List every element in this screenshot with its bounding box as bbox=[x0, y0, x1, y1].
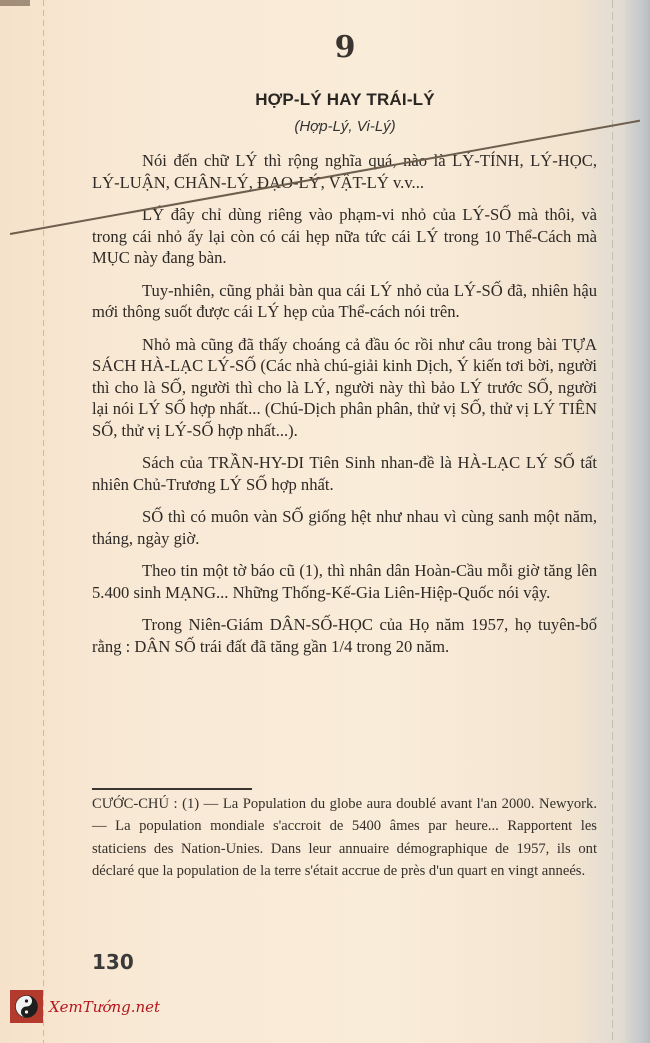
paragraph: SỐ thì có muôn vàn SỐ giống hệt như nhau… bbox=[92, 506, 597, 549]
page-edge-shadow bbox=[0, 0, 30, 6]
left-margin-line bbox=[43, 0, 44, 1043]
watermark-text: XemTướng.net bbox=[49, 998, 160, 1016]
yin-yang-icon bbox=[15, 995, 38, 1018]
watermark: XemTướng.net bbox=[10, 990, 160, 1023]
paragraph: LÝ đây chỉ dùng riêng vào phạm-vi nhỏ củ… bbox=[92, 204, 597, 269]
body-text: Nói đến chữ LÝ thì rộng nghĩa quá, nào l… bbox=[92, 150, 597, 657]
paragraph: Trong Niên-Giám DÂN-SỐ-HỌC của Họ năm 19… bbox=[92, 614, 597, 657]
footnote-divider bbox=[92, 788, 252, 790]
paragraph: Theo tin một tờ báo cũ (1), thì nhân dân… bbox=[92, 560, 597, 603]
paragraph: Nói đến chữ LÝ thì rộng nghĩa quá, nào l… bbox=[92, 150, 597, 193]
paragraph: Tuy-nhiên, cũng phải bàn qua cái LÝ nhỏ … bbox=[92, 280, 597, 323]
page-right-edge bbox=[625, 0, 650, 1043]
book-page: 9 HỢP-LÝ HAY TRÁI-LÝ (Hợp-Lý, Vi-Lý) Nói… bbox=[0, 0, 650, 1043]
footnote: CƯỚC-CHÚ : (1) — La Population du globe … bbox=[92, 793, 597, 883]
page-number: 130 bbox=[92, 950, 134, 974]
right-margin-line bbox=[612, 0, 613, 1043]
chapter-subtitle: (Hợp-Lý, Vi-Lý) bbox=[0, 118, 650, 135]
paragraph: Sách của TRẦN-HY-DI Tiên Sinh nhan-đề là… bbox=[92, 452, 597, 495]
chapter-number: 9 bbox=[0, 30, 650, 65]
watermark-logo bbox=[10, 990, 43, 1023]
chapter-title: HỢP-LÝ HAY TRÁI-LÝ bbox=[0, 90, 650, 110]
paragraph: Nhỏ mà cũng đã thấy choáng cả đầu óc rồi… bbox=[92, 334, 597, 442]
